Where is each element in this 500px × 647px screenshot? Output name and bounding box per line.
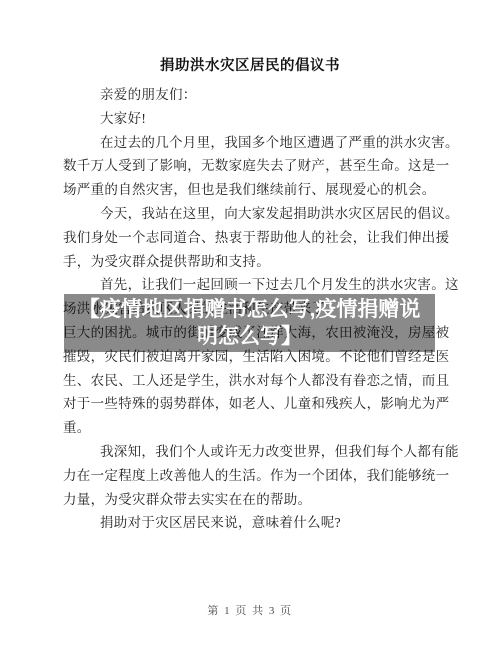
doc-line: 大家好! (63, 107, 437, 131)
doc-line: 数千万人受到了影响，无数家庭失去了财产，甚至生命。这是一 (63, 154, 437, 178)
doc-line: 今天，我站在这里，向大家发起捐助洪水灾区居民的倡议。 (63, 202, 437, 226)
doc-line: 捐助对于灾区居民来说，意味着什么呢? (63, 511, 437, 535)
doc-line: 生、农民、工人还是学生，洪水对每个人都没有眷恋之情，而且 (63, 369, 437, 393)
doc-line: 我们身处一个志同道合、热衷于帮助他人的社会，让我们伸出援 (63, 226, 437, 250)
doc-line: 手，为受灾群众提供帮助和支持。 (63, 250, 437, 274)
doc-line: 力在一定程度上改善他人的生活。作为一个团体，我们能够统一 (63, 464, 437, 488)
document-page: 捐助洪水灾区居民的倡议书 亲爱的朋友们： 大家好! 在过去的几个月里，我国多个地… (0, 0, 500, 647)
doc-line: 亲爱的朋友们： (63, 83, 437, 107)
page-title: 捐助洪水灾区居民的倡议书 (0, 54, 500, 75)
watermark-text-line2: 明怎么写】 (197, 323, 302, 350)
doc-line: 重。 (63, 416, 437, 440)
doc-line: 在过去的几个月里，我国多个地区遭遇了严重的洪水灾害。 (63, 131, 437, 155)
watermark-overlay: 【疫情地区捐赠书怎么写,疫情捐赠说 明怎么写】 (64, 294, 435, 352)
watermark-text-line1: 【疫情地区捐赠书怎么写,疫情捐赠说 (79, 296, 421, 323)
page-number: 第 1 页 共 3 页 (0, 602, 500, 618)
doc-line: 对于一些特殊的弱势群体，如老人、儿童和残疾人，影响尤为严 (63, 392, 437, 416)
doc-line: 场严重的自然灾害，但也是我们继续前行、展现爱心的机会。 (63, 178, 437, 202)
doc-line: 我深知，我们个人或许无力改变世界，但我们每个人都有能 (63, 440, 437, 464)
doc-line: 力量，为受灾群众带去实实在在的帮助。 (63, 488, 437, 512)
